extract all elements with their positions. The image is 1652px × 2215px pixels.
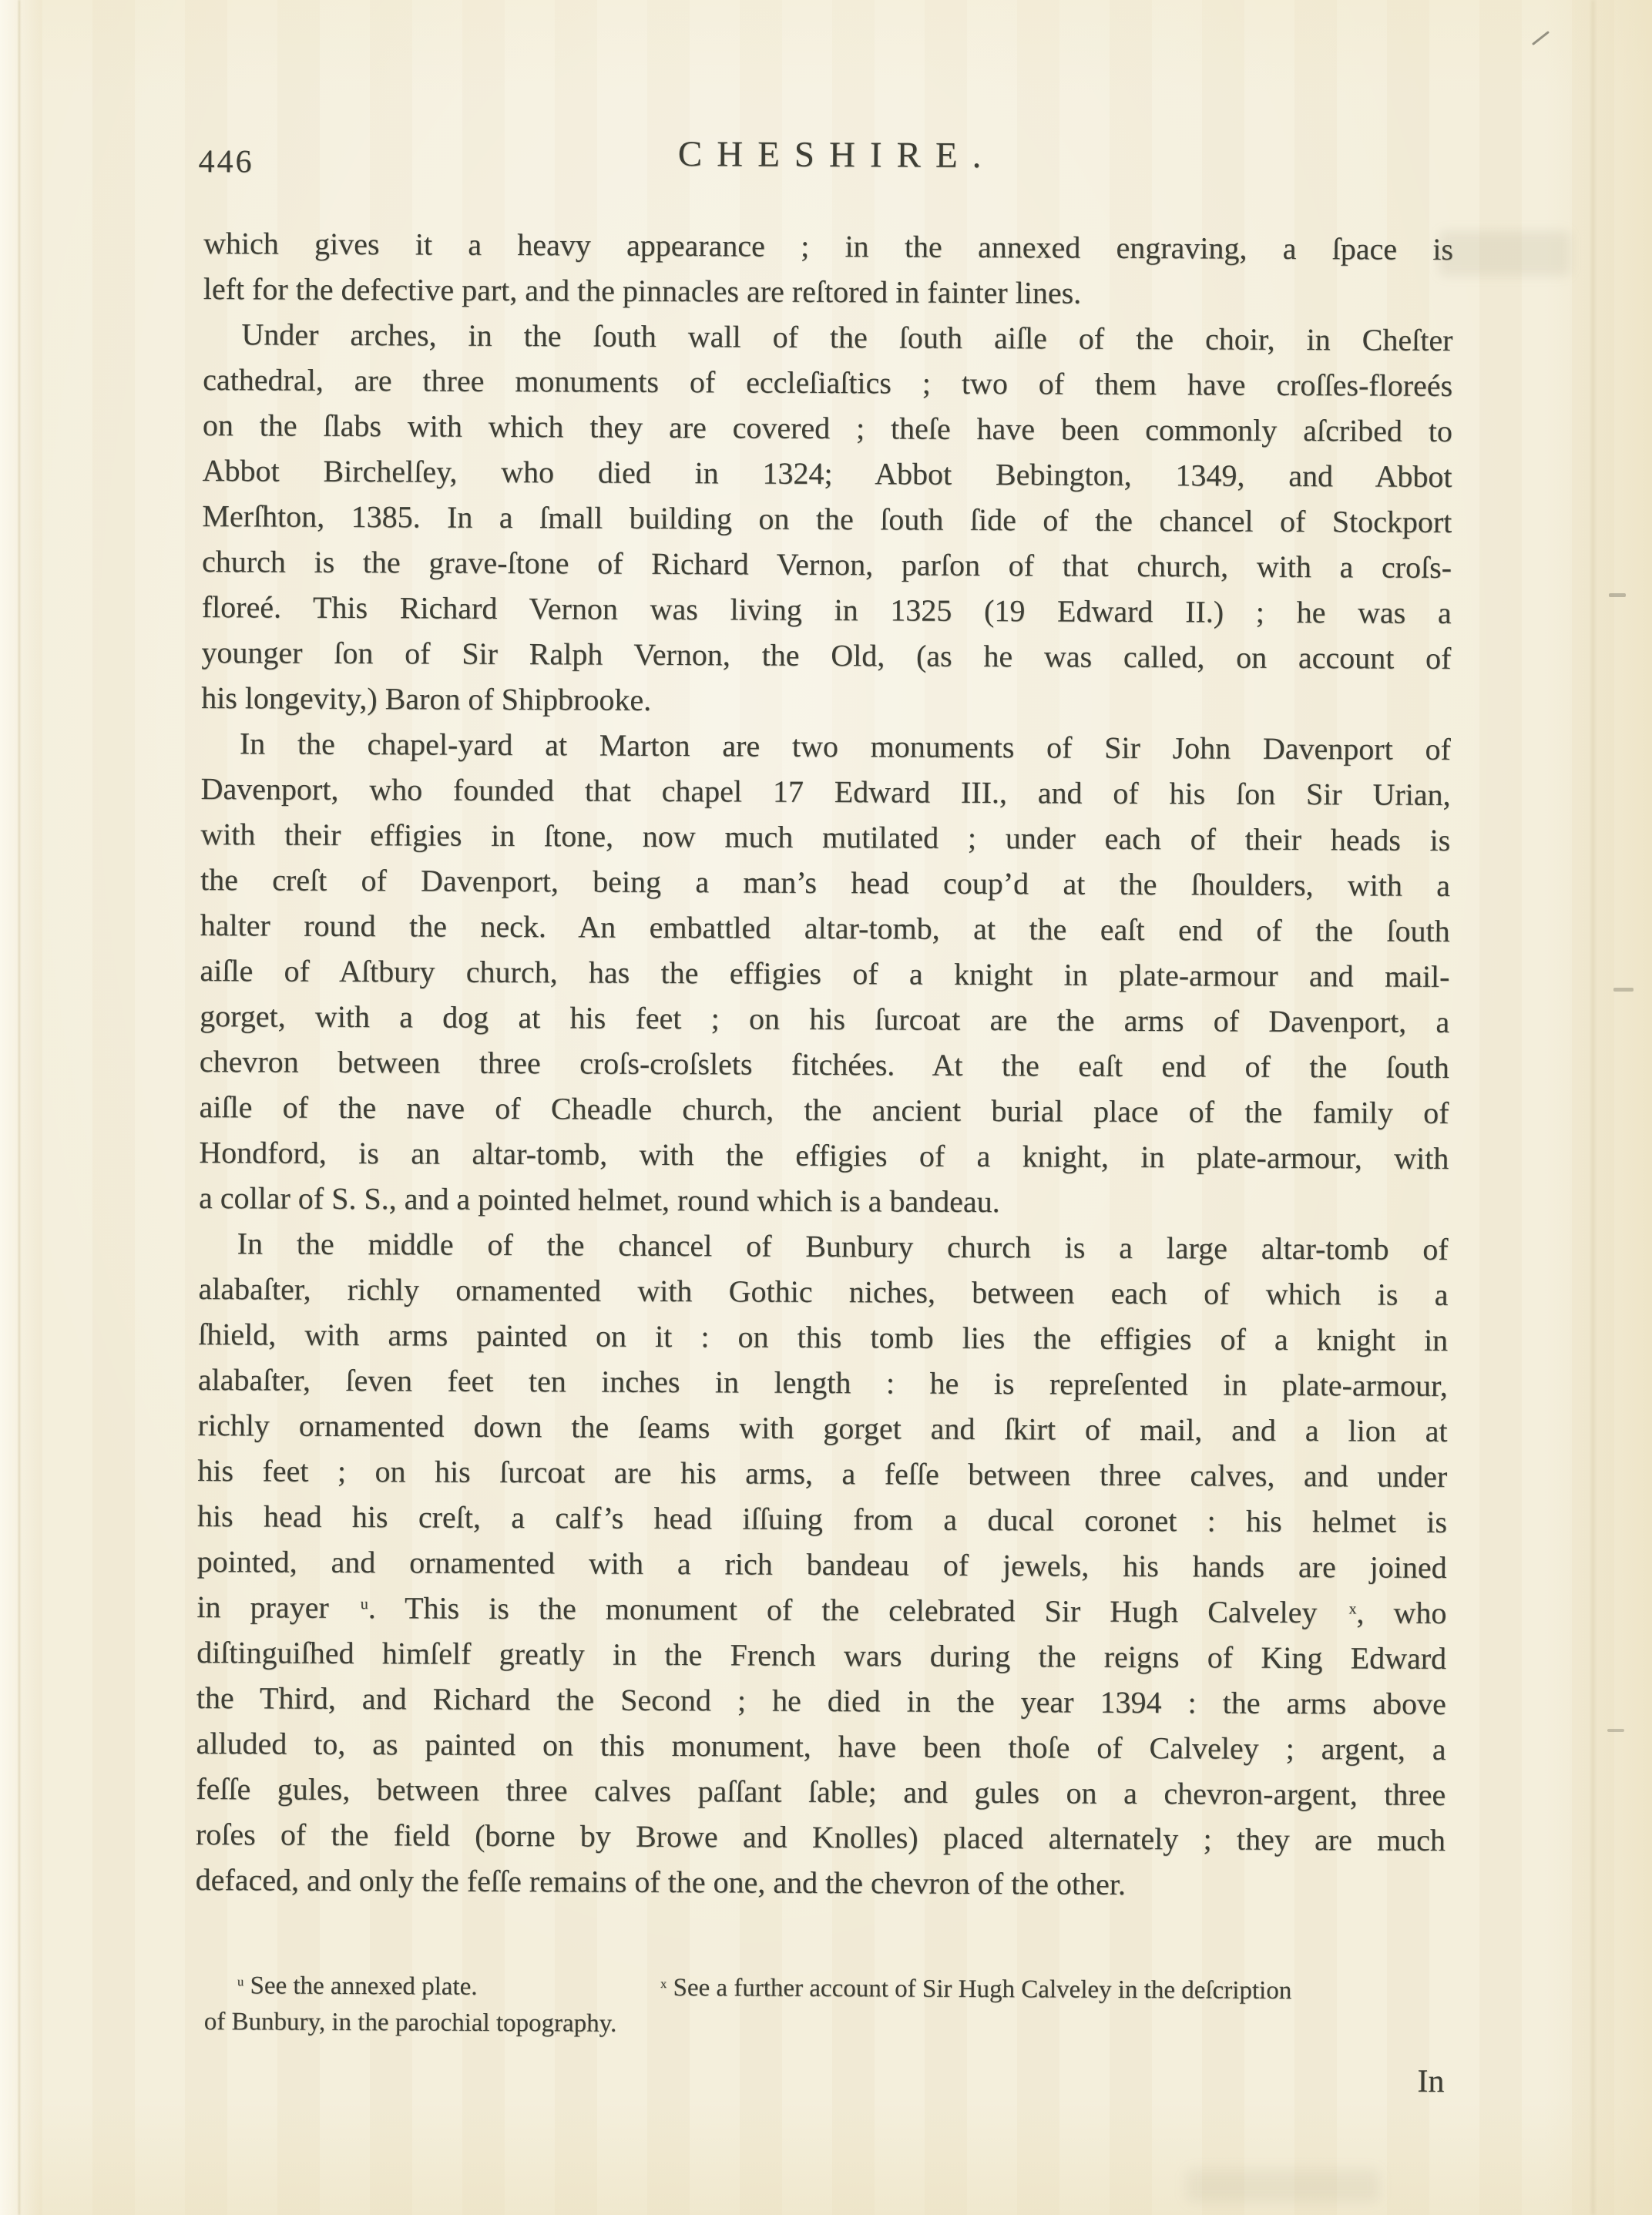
text-line: Hondford, is an altar-tomb, with the eff… xyxy=(199,1129,1449,1181)
text-line: Under arches, in the ſouth wall of the ſ… xyxy=(203,311,1452,363)
text-line: cathedral, are three monuments of eccleſ… xyxy=(203,357,1452,408)
text-line: feſſe gules, between three calves paſſan… xyxy=(196,1766,1445,1817)
footnote-marker: u xyxy=(361,1596,368,1613)
text-line: in prayer u. This is the monument of the… xyxy=(196,1584,1446,1636)
footnote-2-line-1: x See a further account of Sir Hugh Calv… xyxy=(658,1970,1291,2012)
catchword: In xyxy=(194,2057,1444,2100)
book-page: 446 CHESHIRE. which gives it a heavy app… xyxy=(0,0,1652,2215)
text-line: aiſle of the nave of Cheadle church, the… xyxy=(199,1084,1449,1136)
body-text: which gives it a heavy appearance ; in t… xyxy=(196,220,1454,1908)
text-line: In the middle of the chancel of Bunbury … xyxy=(199,1220,1449,1272)
text-line: alabaſter, richly ornamented with Gothic… xyxy=(198,1266,1448,1317)
text-line: ſhield, with arms painted on it : on thi… xyxy=(198,1311,1448,1363)
text-line: In the chapel-yard at Marton are two mon… xyxy=(201,720,1451,772)
text-line: the creſt of Davenport, being a man’s he… xyxy=(200,857,1450,908)
text-line: Davenport, who founded that chapel 17 Ed… xyxy=(200,766,1450,817)
text-line: on the ſlabs with which they are covered… xyxy=(203,402,1452,454)
text-line: floreé. This Richard Vernon was living i… xyxy=(202,584,1452,636)
text-line: Merſhton, 1385. In a ſmall building on t… xyxy=(202,493,1452,545)
text-line: his longevity,) Baron of Shipbrooke. xyxy=(201,675,1451,727)
footnote-marker: x xyxy=(1348,1600,1356,1617)
running-title: CHESHIRE. xyxy=(4,130,1652,180)
text-line: defaced, and only the feſſe remains of t… xyxy=(196,1857,1445,1908)
text-line: the Third, and Richard the Second ; he d… xyxy=(196,1675,1446,1727)
text-line: gorget, with a dog at his feet ; on his … xyxy=(200,993,1449,1045)
text-line: roſes of the field (borne by Browe and K… xyxy=(196,1811,1445,1863)
text-line: which gives it a heavy appearance ; in t… xyxy=(203,220,1453,272)
text-line: richly ornamented down the ſeams with go… xyxy=(197,1402,1447,1454)
text-line: alabaſter, ſeven feet ten inches in leng… xyxy=(198,1357,1448,1408)
text-line: with their effigies in ſtone, now much m… xyxy=(200,811,1450,863)
text-line: pointed, and ornamented with a rich band… xyxy=(197,1539,1447,1590)
text-line: his feet ; on his ſurcoat are his arms, … xyxy=(197,1448,1447,1499)
footnote-marker: u xyxy=(237,1974,243,1988)
text-line: alluded to, as painted on this monument,… xyxy=(196,1720,1445,1772)
text-line: his head his creſt, a calf’s head iſſuin… xyxy=(197,1493,1447,1545)
text-line: church is the grave-ſtone of Richard Ver… xyxy=(202,539,1452,590)
text-line: aiſle of Aſtbury church, has the effigie… xyxy=(200,948,1449,999)
text-line: diſtinguiſhed himſelf greatly in the Fre… xyxy=(196,1629,1446,1681)
text-line: a collar of S. S., and a pointed helmet,… xyxy=(199,1175,1449,1227)
footnote-1: u See the annexed plate. xyxy=(235,1968,478,2009)
footnote-marker: x xyxy=(660,1976,667,1991)
text-line: Abbot Birchelſey, who died in 1324; Abbo… xyxy=(202,448,1452,499)
text-line: left for the defective part, and the pin… xyxy=(203,266,1453,317)
footnotes: u See the annexed plate. x See a further… xyxy=(195,1968,1445,2046)
page-content: 446 CHESHIRE. which gives it a heavy app… xyxy=(0,0,1652,2215)
footnote-row: u See the annexed plate. x See a further… xyxy=(195,1968,1445,2010)
text-line: halter round the neck. An embattled alta… xyxy=(200,902,1450,954)
text-line: chevron between three croſs-croſslets fi… xyxy=(200,1039,1449,1090)
text-line: younger ſon of Sir Ralph Vernon, the Old… xyxy=(201,629,1451,681)
